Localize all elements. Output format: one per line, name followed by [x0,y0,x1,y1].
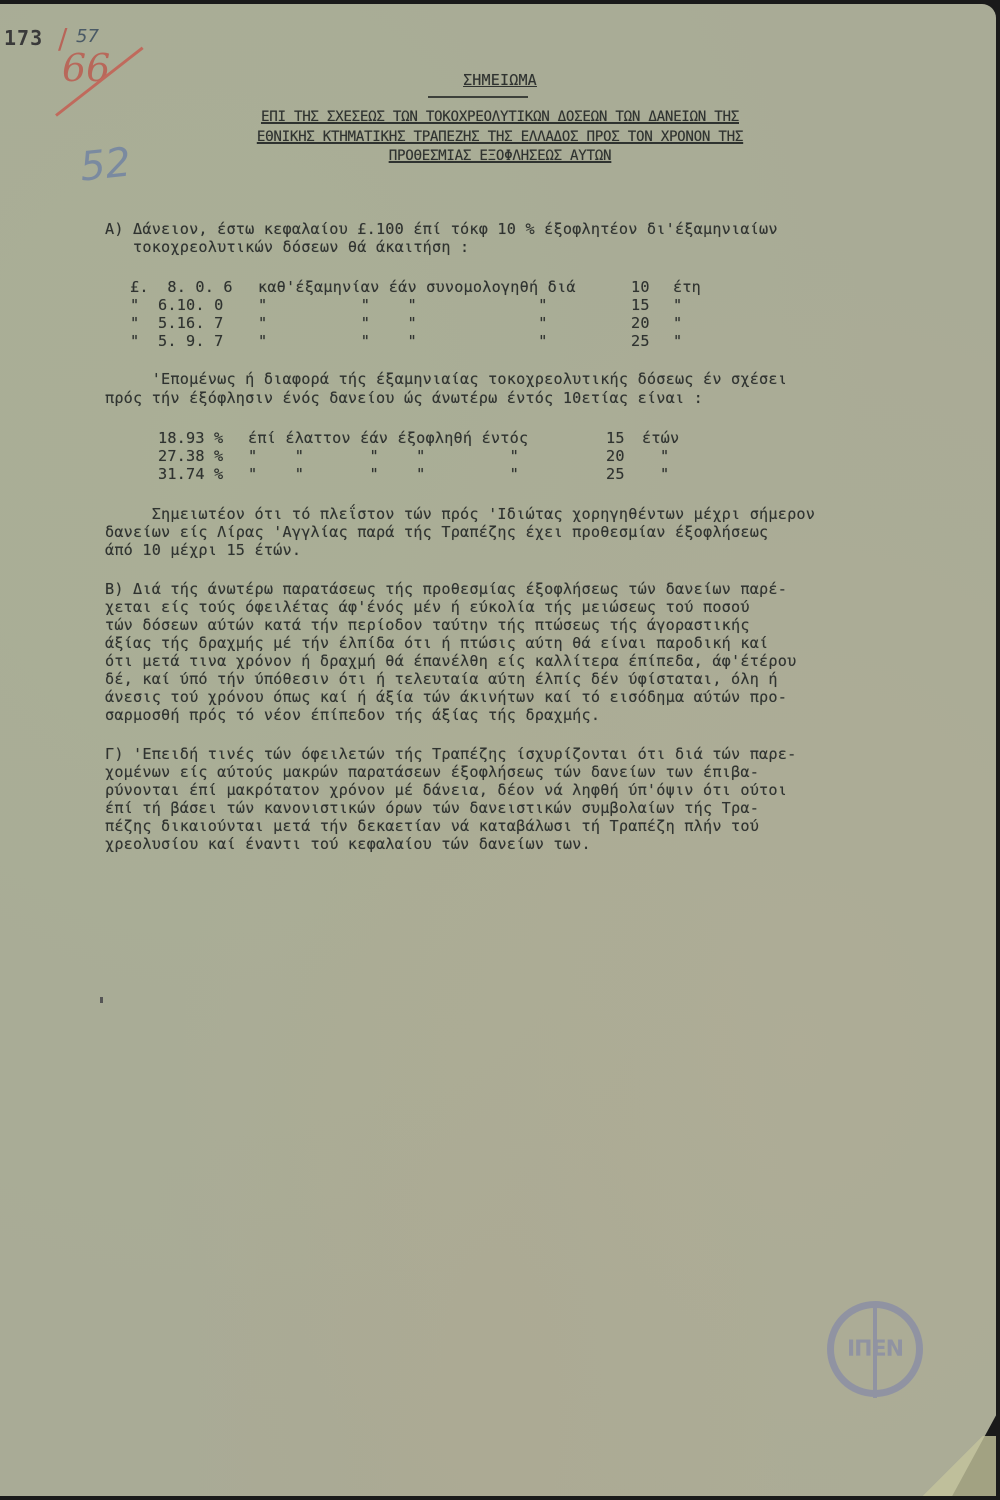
section-b-line: χεται είς τούς όφειλέτας άφ'ένός μέν ή ε… [105,598,750,616]
document-page: 173 / 57 66 52 ΣΗΜΕΙΩΜΑ ΕΠΙ ΤΗΣ ΣΧΕΣΕΩΣ … [0,4,996,1496]
note-line-2: δανείων είς Λίρας 'Αγγλίας παρά τής Τραπ… [105,523,768,541]
section-c-line: έπί τή βάσει τών κανονιστικών όρων τών δ… [105,799,759,817]
difference-years: 20 [606,447,625,465]
difference-text: " " " " " [248,465,519,483]
installment-text: " " " " [258,332,548,350]
difference-intro-line-1: 'Επομένως ή διαφορά τής έξαμηνιαίας τοκο… [105,370,787,388]
installment-years: 15 [631,296,650,314]
section-c-line: Γ) 'Επειδή τινές τών όφειλετών τής Τραπέ… [105,745,796,763]
title-underline [428,96,528,98]
section-b-line: Β) Διά τής άνωτέρω παρατάσεως τής προθεσ… [105,580,787,598]
stamp-text: ΙΠΕΝ [834,1308,916,1390]
section-a-intro-line-1: Α) Δάνειον, έστω κεφαλαίου £.100 έπί τόκ… [105,220,778,238]
installment-years: 25 [631,332,650,350]
section-c-line: πέζης δικαιούνται μετά τήν δεκαετίαν νά … [105,817,759,835]
difference-years: 25 [606,465,625,483]
note-line-3: άπό 10 μέχρι 15 έτών. [105,541,301,559]
handwritten-reference-small: 57 [76,26,99,47]
note-line-1: Σημειωτέον ότι τό πλεΐστον τών πρός 'Ιδι… [105,505,815,523]
installment-years: 10 [631,278,650,296]
installment-amount: £. 8. 0. 6 [130,278,233,296]
ink-mark [100,997,103,1003]
section-c-line: χομένων είς αύτούς μακρών παρατάσεων έξο… [105,763,759,781]
section-c-line: ρύνονται έπί μακρότατον χρόνον μέ δάνεια… [105,781,787,799]
section-a-intro-line-2: τοκοχρεολυτικών δόσεων θά άκαιτήση : [105,238,469,256]
installment-amount: " 5. 9. 7 [130,332,223,350]
difference-text: " " " " " [248,447,519,465]
installment-amount: " 5.16. 7 [130,314,223,332]
section-b-line: δέ, καί ύπό τήν ύπόθεσιν ότι ή τελευταία… [105,670,778,688]
subtitle-line-1: ΕΠΙ ΤΗΣ ΣΧΕΣΕΩΣ ΤΩΝ ΤΟΚΟΧΡΕΟΛΥΤΙΚΩΝ ΔΟΣΕ… [0,108,1000,126]
section-b-line: άξίας τής δραχμής μέ τήν έλπίδα ότι ή πτ… [105,634,768,652]
difference-years: 15 [606,429,625,447]
archive-stamp: ΙΠΕΝ [827,1301,923,1397]
installment-unit: " [673,332,682,350]
section-c-line: χρεολυσίου καί έναντι τού κεφαλαίου τών … [105,835,591,853]
subtitle-line-2: ΕΘΝΙΚΗΣ ΚΤΗΜΑΤΙΚΗΣ ΤΡΑΠΕΖΗΣ ΤΗΣ ΕΛΛΑΔΟΣ … [0,128,1000,146]
difference-percent: 27.38 % [158,447,223,465]
subtitle-line-3: ΠΡΟΘΕΣΜΙΑΣ ΕΞΟΦΛΗΣΕΩΣ ΑΥΤΩΝ [0,147,1000,165]
section-b-line: σαρμοσθή πρός τό νέον έπίπεδον τής άξίας… [105,706,600,724]
difference-unit: " [660,465,669,483]
document-title: ΣΗΜΕΙΩΜΑ [0,71,1000,89]
difference-text: έπί έλαττον έάν έξοφληθή έντός [248,429,528,447]
difference-unit: έτών [642,429,679,447]
difference-percent: 18.93 % [158,429,223,447]
difference-percent: 31.74 % [158,465,223,483]
installment-text: καθ'έξαμηνίαν έάν συνομολογηθή διά [258,278,576,296]
typed-reference-number: 173 [4,26,43,50]
installment-unit: έτη [673,278,701,296]
installment-text: " " " " [258,296,548,314]
section-b-line: τών δόσεων αύτών κατά τήν περίοδον ταύτη… [105,616,750,634]
difference-unit: " [660,447,669,465]
difference-intro-line-2: πρός τήν έξόφλησιν ένός δανείου ώς άνωτέ… [105,389,703,407]
installment-unit: " [673,314,682,332]
installment-amount: " 6.10. 0 [130,296,223,314]
section-b-line: άνεσις τού χρόνου όπως καί ή άξία τών άκ… [105,688,787,706]
installment-text: " " " " [258,314,548,332]
installment-years: 20 [631,314,650,332]
page-corner-fold [910,1436,996,1496]
installment-unit: " [673,296,682,314]
section-b-line: ότι μετά τινα χρόνον ή δραχμή θά έπανέλθ… [105,652,796,670]
